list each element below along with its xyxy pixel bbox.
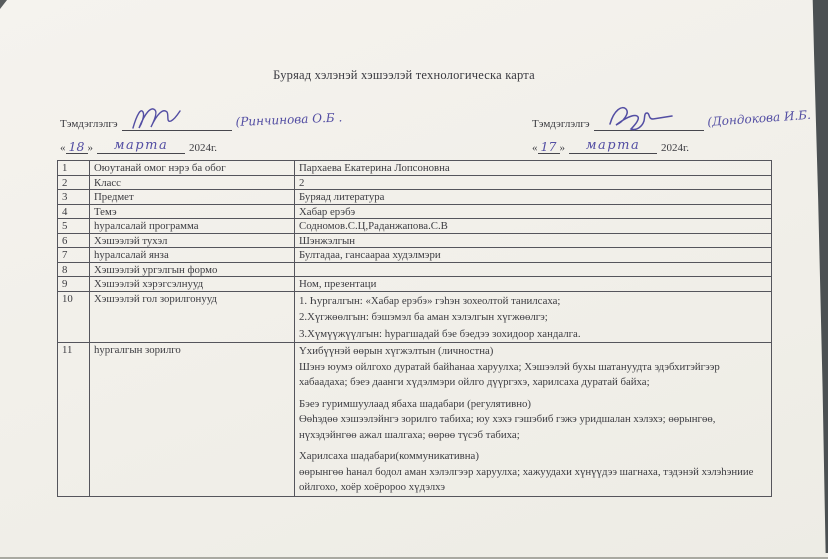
close-quote: »: [560, 142, 566, 154]
table-row: 10 Хэшээлэй гол зорилгонууд 1. Һургалгын…: [58, 291, 772, 343]
objective-line: Үхибүүнэй өөрын хүгжэлтын (личностна): [299, 344, 767, 360]
lesson-table: 1 Оюутанай омог нэрэ ба обог Пархаева Ек…: [57, 160, 772, 497]
row-label: Оюутанай омог нэрэ ба обог: [90, 161, 295, 176]
row-value: Пархаева Екатерина Лопсоновна: [295, 161, 772, 176]
goal-line: 1. Һургалгын: «Хабар ерэбэ» гэһэн зохеол…: [299, 293, 767, 310]
row-number: 4: [58, 204, 90, 219]
table-row: 2 Класс 2: [58, 175, 772, 190]
stamp-right-name: (Дондокова И.Б.: [706, 108, 811, 131]
table-row: 9 Хэшээлэй хэрэгсэлнууд Ном, презентаци: [58, 277, 772, 292]
signature-scribble-right: [602, 102, 676, 134]
scanned-document-page: Буряад хэлэнэй хэшээлэй технологическа к…: [0, 0, 828, 559]
row-number: 3: [58, 190, 90, 205]
row-value: 2: [295, 175, 772, 190]
row-value: 1. Һургалгын: «Хабар ерэбэ» гэһэн зохеол…: [295, 291, 772, 343]
row-value: Ном, презентаци: [295, 277, 772, 292]
table-row: 6 Хэшээлэй тухэл Шэнжэлгын: [58, 233, 772, 248]
row-value: Бултадаа, гансаараа худэлмэри: [295, 248, 772, 263]
stamp-right-day: 17: [538, 140, 560, 154]
row-value: Буряад литература: [295, 190, 772, 205]
row-label: Темэ: [90, 204, 295, 219]
row-value: Хабар ерэбэ: [295, 204, 772, 219]
row-number: 11: [58, 343, 90, 497]
objective-line: Харилсаха шадабари(коммуникативна): [299, 449, 767, 465]
row-number: 6: [58, 233, 90, 248]
stamp-right-label: Тэмдэглэлгэ: [532, 118, 590, 131]
row-label: һуралсалай янза: [90, 248, 295, 263]
stamp-right-year: 2024г.: [661, 142, 689, 154]
signature-scribble-left: [130, 104, 186, 134]
row-value: Шэнжэлгын: [295, 233, 772, 248]
stamp-left-signature-line: [122, 110, 232, 131]
stamp-left: Тэмдэглэлгэ (Ринчинова О.Б . « 18 » март…: [60, 110, 350, 154]
row-number: 7: [58, 248, 90, 263]
table-row: 11 һургалгын зорилго Үхибүүнэй өөрын хүг…: [58, 343, 772, 497]
row-label: һургалгын зорилго: [90, 343, 295, 497]
row-number: 5: [58, 219, 90, 234]
row-label: Хэшээлэй тухэл: [90, 233, 295, 248]
row-label: Хэшээлэй хэрэгсэлнууд: [90, 277, 295, 292]
row-number: 2: [58, 175, 90, 190]
objective-line: өөрынгөө һанал бодол аман хэлэлгээр хару…: [299, 465, 767, 496]
table-row: 7 һуралсалай янза Бултадаа, гансаараа ху…: [58, 248, 772, 263]
row-value: Үхибүүнэй өөрын хүгжэлтын (личностна) Шэ…: [295, 343, 772, 497]
page-title: Буряад хэлэнэй хэшээлэй технологическа к…: [0, 68, 808, 83]
row-number: 9: [58, 277, 90, 292]
stamp-left-year: 2024г.: [189, 142, 217, 154]
stamp-right-month: марта: [569, 139, 657, 154]
table-row: 3 Предмет Буряад литература: [58, 190, 772, 205]
scan-corner-artifact: [0, 0, 7, 9]
stamp-right: Тэмдэглэлгэ (Дондокова И.Б. « 17 » марта…: [532, 110, 822, 154]
close-quote: »: [88, 142, 94, 154]
stamp-left-day: 18: [66, 140, 88, 154]
stamp-left-month: марта: [97, 139, 185, 154]
scan-edge-right: [811, 0, 828, 553]
goal-line: 2.Хүгжөөлгын: бэшэмэл ба аман хэлэлгын х…: [299, 309, 767, 326]
row-label: Предмет: [90, 190, 295, 205]
row-label: Хэшээлэй ургэлгын формо: [90, 262, 295, 277]
table-row: 5 һуралсалай программа Содномов.С.Ц,Рада…: [58, 219, 772, 234]
stamp-left-name: (Ринчинова О.Б .: [235, 110, 342, 131]
table-row: 1 Оюутанай омог нэрэ ба обог Пархаева Ек…: [58, 161, 772, 176]
row-number: 8: [58, 262, 90, 277]
objective-line: Бэеэ гуримшуулаад ябаха шадабари (регуля…: [299, 397, 767, 413]
objective-line: Шэнэ юумэ ойлгохо дуратай байһанаа харуу…: [299, 360, 767, 391]
table-row: 4 Темэ Хабар ерэбэ: [58, 204, 772, 219]
row-label: Класс: [90, 175, 295, 190]
row-number: 10: [58, 291, 90, 343]
stamp-left-label: Тэмдэглэлгэ: [60, 118, 118, 131]
row-label: Хэшээлэй гол зорилгонууд: [90, 291, 295, 343]
row-value: Содномов.С.Ц,Раданжапова.С.В: [295, 219, 772, 234]
table-row: 8 Хэшээлэй ургэлгын формо: [58, 262, 772, 277]
objective-line: Өөһэдөө хэшээлэйнгэ зорилго табиха; юу х…: [299, 412, 767, 443]
row-label: һуралсалай программа: [90, 219, 295, 234]
stamp-right-signature-line: [594, 110, 704, 131]
row-value: [295, 262, 772, 277]
goal-line: 3.Хүмүүжүүлгын: һурагшадай бэе бэедээ зо…: [299, 326, 767, 343]
row-number: 1: [58, 161, 90, 176]
